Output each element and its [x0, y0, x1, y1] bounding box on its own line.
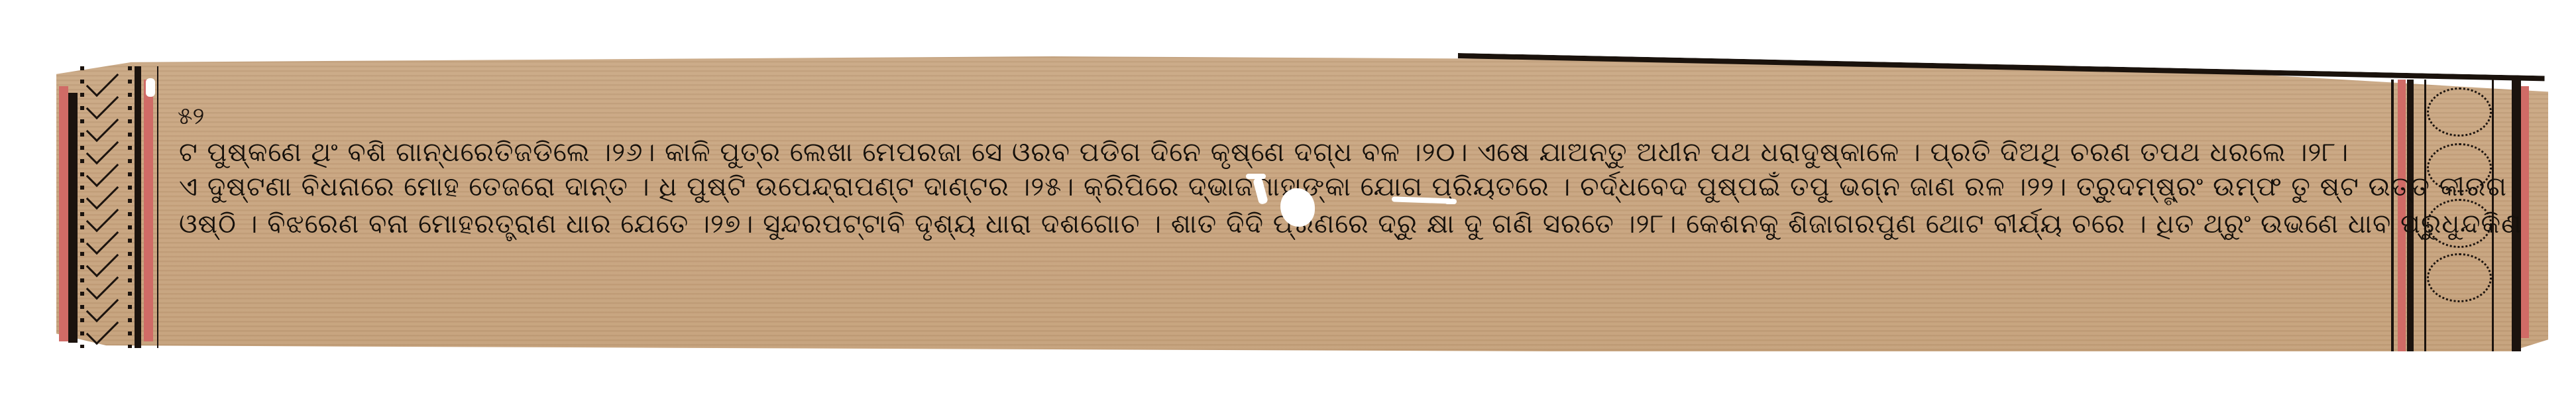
red-rule-left-outer: [59, 86, 68, 341]
black-rule-left-outer: [68, 93, 78, 343]
scalloped-oval-icon: [2427, 88, 2492, 137]
manuscript-line-2: ଏ ଦୁଷ୍ଟଣା ବିଧନାରେ ମୋହ ତେଜରୋ ଦାନ୍ତ । ଧି ପ…: [179, 174, 2507, 200]
left-decorative-border: [56, 66, 162, 348]
folio-number: ୫୨: [178, 103, 204, 131]
string-hole: [1280, 188, 1315, 227]
dotted-rule: [128, 66, 132, 348]
black-rule-left-inner: [135, 66, 141, 348]
red-rule-right-outer: [2521, 86, 2529, 338]
thin-rule: [157, 66, 158, 348]
scalloped-oval-icon: [2427, 253, 2492, 302]
manuscript-line-1: ଟ ପୁଷ୍କଣେ ଥିଂ ବଶି ଗାନ୍ଧରେତିଜଡିଲେ ।୨୬। କା…: [179, 139, 2349, 166]
red-rule-left-inner: [144, 80, 153, 341]
leaf-crack: [146, 78, 155, 97]
chevron-pattern-icon: [83, 73, 123, 341]
manuscript-line-3: ଓଷ୍ଠି । ବିଝରେଣ ବନା ମୋହରତ୍ତ୍ରାଣ ଧାର ଯେତେ …: [179, 211, 2522, 237]
leaf-crack: [1445, 199, 1457, 204]
